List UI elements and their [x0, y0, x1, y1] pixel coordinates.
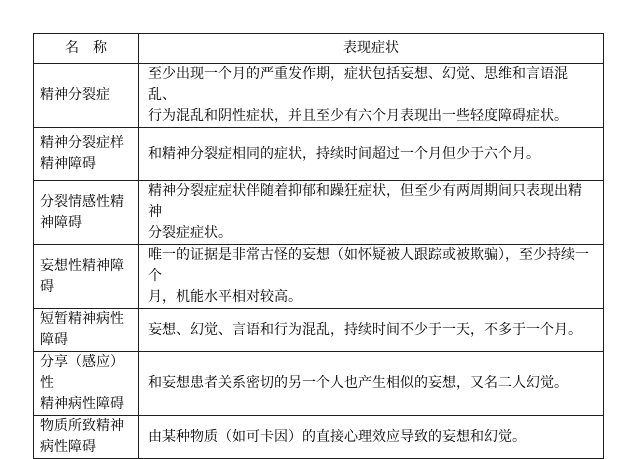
table-row: 分享（感应）性 精神病性障碍 和妄想患者关系密切的另一个人也产生相似的妄想，又名… — [34, 352, 604, 416]
disorder-symptoms: 唯一的证据是非常古怪的妄想（如怀疑被人跟踪或被欺骗），至少持续一个 月，机能水平… — [139, 245, 604, 309]
table-row: 精神分裂症样 精神障碍 和精神分裂症相同的症状，持续时间超过一个月但少于六个月。 — [34, 128, 604, 181]
table-row: 妄想性精神障 碍 唯一的证据是非常古怪的妄想（如怀疑被人跟踪或被欺骗），至少持续… — [34, 245, 604, 309]
disorder-name: 精神分裂症样 精神障碍 — [34, 128, 139, 181]
table-row: 分裂情感性精 神障碍 精神分裂症症状伴随着抑郁和躁狂症状，但至少有两周期间只表现… — [34, 181, 604, 245]
disorder-symptoms: 由某种物质（如可卡因）的直接心理效应导致的妄想和幻觉。 — [139, 416, 604, 459]
disorder-name: 短暂精神病性 障碍 — [34, 309, 139, 352]
disorder-symptoms: 妄想、幻觉、言语和行为混乱，持续时间不少于一天，不多于一个月。 — [139, 309, 604, 352]
disorder-name: 分享（感应）性 精神病性障碍 — [34, 352, 139, 416]
symptoms-column-header: 表现症状 — [139, 34, 604, 64]
disorder-symptoms: 和精神分裂症相同的症状，持续时间超过一个月但少于六个月。 — [139, 128, 604, 181]
table-row: 精神分裂症 至少出现一个月的严重发作期，症状包括妄想、幻觉、思维和言语混乱、 行… — [34, 64, 604, 128]
disorder-name: 物质所致精神 病性障碍 — [34, 416, 139, 459]
disorder-name: 精神分裂症 — [34, 64, 139, 128]
table-row: 物质所致精神 病性障碍 由某种物质（如可卡因）的直接心理效应导致的妄想和幻觉。 — [34, 416, 604, 459]
disorder-name: 妄想性精神障 碍 — [34, 245, 139, 309]
disorders-table: 名 称 表现症状 精神分裂症 至少出现一个月的严重发作期，症状包括妄想、幻觉、思… — [33, 33, 604, 459]
disorder-name: 分裂情感性精 神障碍 — [34, 181, 139, 245]
table-row: 短暂精神病性 障碍 妄想、幻觉、言语和行为混乱，持续时间不少于一天，不多于一个月… — [34, 309, 604, 352]
disorder-symptoms: 和妄想患者关系密切的另一个人也产生相似的妄想，又名二人幻觉。 — [139, 352, 604, 416]
disorder-symptoms: 至少出现一个月的严重发作期，症状包括妄想、幻觉、思维和言语混乱、 行为混乱和阴性… — [139, 64, 604, 128]
name-column-header: 名 称 — [34, 34, 139, 64]
disorder-symptoms: 精神分裂症症状伴随着抑郁和躁狂症状，但至少有两周期间只表现出精神 分裂症症状。 — [139, 181, 604, 245]
header-row: 名 称 表现症状 — [34, 34, 604, 64]
